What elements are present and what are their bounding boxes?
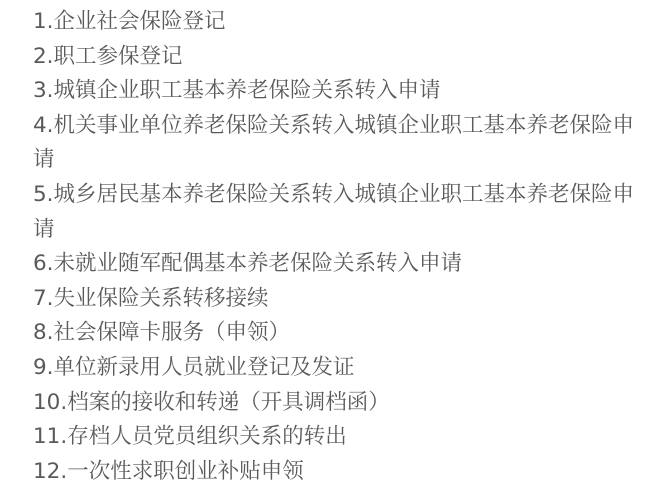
list-item: 2.职工参保登记 — [33, 40, 649, 75]
list-item: 8.社会保障卡服务（申领） — [33, 316, 649, 351]
service-list: 1.企业社会保险登记2.职工参保登记3.城镇企业职工基本养老保险关系转入申请4.… — [0, 0, 649, 489]
list-item: 1.企业社会保险登记 — [33, 5, 649, 40]
list-item: 5.城乡居民基本养老保险关系转入城镇企业职工基本养老保险申请 — [33, 178, 649, 247]
list-item: 10.档案的接收和转递（开具调档函） — [33, 386, 649, 421]
list-item: 12.一次性求职创业补贴申领 — [33, 455, 649, 490]
list-item: 4.机关事业单位养老保险关系转入城镇企业职工基本养老保险申请 — [33, 109, 649, 178]
list-item: 11.存档人员党员组织关系的转出 — [33, 420, 649, 455]
list-item: 6.未就业随军配偶基本养老保险关系转入申请 — [33, 247, 649, 282]
list-item: 7.失业保险关系转移接续 — [33, 282, 649, 317]
list-item: 3.城镇企业职工基本养老保险关系转入申请 — [33, 74, 649, 109]
list-item: 9.单位新录用人员就业登记及发证 — [33, 351, 649, 386]
